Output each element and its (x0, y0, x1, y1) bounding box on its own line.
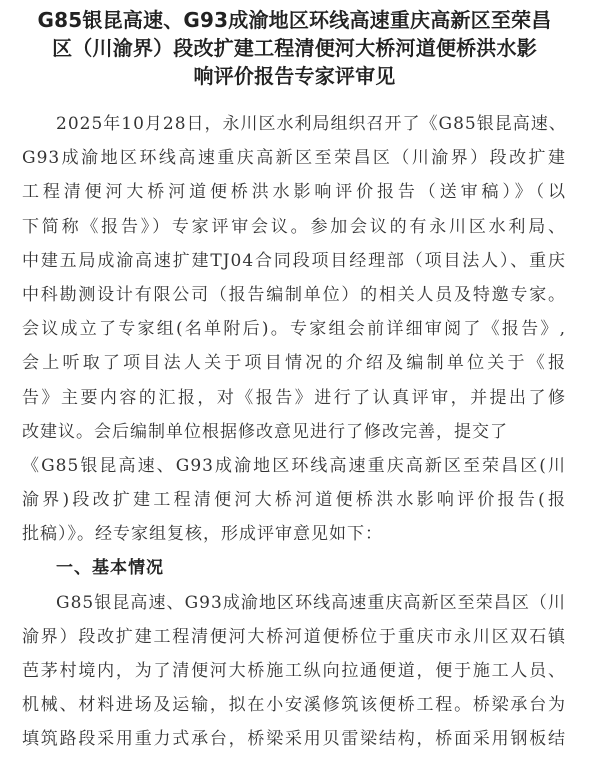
text-line: 会议成立了专家组(名单附后)。专家组会前详细审阅了《报告》, (22, 312, 566, 346)
text-line: 改建议。会后编制单位根据修改意见进行了修改完善，提交了 (22, 415, 566, 449)
text-line: 中建五局成渝高速扩建TJ04合同段项目经理部（项目法人）、重庆 (22, 244, 566, 278)
text-line: G93成渝地区环线高速重庆高新区至荣昌区（川渝界）段改扩建 (22, 141, 566, 175)
document-body: 2025年10月28日，永川区水利局组织召开了《G85银昆高速、 G93成渝地区… (22, 107, 566, 757)
text-line: 芭茅村境内，为了清便河大桥施工纵向拉通便道，便于施工人员、 (22, 654, 566, 688)
text-line: G85银昆高速、G93成渝地区环线高速重庆高新区至荣昌区（川 (22, 586, 566, 620)
text-line: 下简称《报告》）专家评审会议。参加会议的有永川区水利局、 (22, 210, 566, 244)
text-line: 会上听取了项目法人关于项目情况的介绍及编制单位关于《报 (22, 346, 566, 380)
document-page: G85银昆高速、G93成渝地区环线高速重庆高新区至荣昌 区（川渝界）段改扩建工程… (0, 0, 589, 757)
text-line: 工程清便河大桥河道便桥洪水影响评价报告（送审稿）》（以 (22, 175, 566, 209)
text-line: 2025年10月28日，永川区水利局组织召开了《G85银昆高速、 (22, 107, 566, 141)
document-title: G85银昆高速、G93成渝地区环线高速重庆高新区至荣昌 区（川渝界）段改扩建工程… (18, 6, 571, 90)
title-line: 响评价报告专家评审见 (18, 62, 571, 90)
text-line: 批稿）》。经专家组复核，形成评审意见如下： (22, 517, 566, 551)
text-line: 填筑路段采用重力式承台，桥梁采用贝雷梁结构，桥面采用钢板结 (22, 722, 566, 756)
paragraph-meeting-summary: 2025年10月28日，永川区水利局组织召开了《G85银昆高速、 G93成渝地区… (22, 107, 566, 551)
paragraph-basic-info: G85银昆高速、G93成渝地区环线高速重庆高新区至荣昌区（川 渝界）段改扩建工程… (22, 586, 566, 757)
text-line: 中科勘测设计有限公司（报告编制单位）的相关人员及特邀专家。 (22, 278, 566, 312)
title-line: G85银昆高速、G93成渝地区环线高速重庆高新区至荣昌 (18, 6, 571, 34)
text-line: 渝界)段改扩建工程清便河大桥河道便桥洪水影响评价报告(报 (22, 483, 566, 517)
text-line: 渝界）段改扩建工程清便河大桥河道便桥位于重庆市永川区双石镇 (22, 620, 566, 654)
title-line: 区（川渝界）段改扩建工程清便河大桥河道便桥洪水影 (18, 34, 571, 62)
text-line: 告》主要内容的汇报，对《报告》进行了认真评审，并提出了修 (22, 381, 566, 415)
section-heading: 一、基本情况 (22, 551, 566, 585)
text-line: 《G85银昆高速、G93成渝地区环线高速重庆高新区至荣昌区(川 (22, 449, 566, 483)
text-line: 机械、材料进场及运输，拟在小安溪修筑该便桥工程。桥梁承台为 (22, 688, 566, 722)
